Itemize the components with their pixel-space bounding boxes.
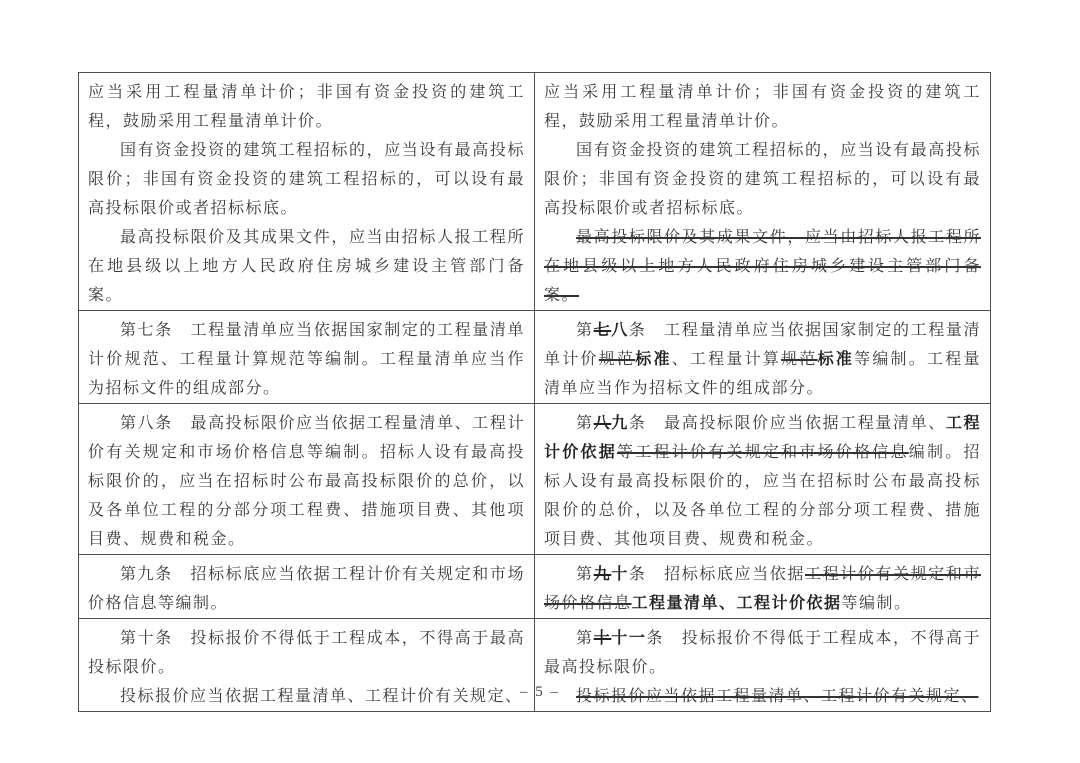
- text-segment-ins: 标准: [635, 351, 671, 368]
- table-row: 应当采用工程量清单计价；非国有资金投资的建筑工程，鼓励采用工程量清单计价。国有资…: [79, 73, 991, 311]
- table-row: 第八条 最高投标限价应当依据工程量清单、工程计价有关规定和市场价格信息等编制。招…: [79, 404, 991, 555]
- text-segment-ins: 九: [611, 415, 629, 432]
- table-cell-right: 第八九条 最高投标限价应当依据工程量清单、工程计价依据等工程计价有关规定和市场价…: [535, 404, 991, 555]
- text-segment-del: 最高投标限价及其成果文件，应当由招标人报工程所在地县级以上地方人民政府住房城乡建…: [544, 229, 981, 304]
- text-segment-normal: 第: [576, 415, 594, 432]
- table-cell-right: 第七八条 工程量清单应当依据国家制定的工程量清单计价规范标准、工程量计算规范标准…: [535, 311, 991, 404]
- text-segment-del-bold: 九: [594, 566, 612, 583]
- text-segment-normal: 等编制。: [842, 595, 912, 612]
- document-page: 应当采用工程量清单计价；非国有资金投资的建筑工程，鼓励采用工程量清单计价。国有资…: [0, 0, 1080, 763]
- paragraph: 第九条 招标标底应当依据工程计价有关规定和市场价格信息等编制。: [88, 560, 525, 618]
- text-segment-normal: 应当采用工程量清单计价；非国有资金投资的建筑工程，鼓励采用工程量清单计价。: [544, 84, 981, 130]
- text-segment-del: 规范: [599, 351, 635, 368]
- text-segment-del: 等工程计价有关规定和市场价格信息: [617, 444, 909, 461]
- text-segment-normal: 条 最高投标限价应当依据工程量清单、: [629, 415, 946, 432]
- paragraph: 第八九条 最高投标限价应当依据工程量清单、工程计价依据等工程计价有关规定和市场价…: [544, 409, 981, 554]
- text-segment-normal: 第: [576, 322, 594, 339]
- table-row: 第九条 招标标底应当依据工程计价有关规定和市场价格信息等编制。第九十条 招标标底…: [79, 555, 991, 619]
- text-segment-ins: 工程量清单、工程计价依据: [632, 595, 842, 612]
- paragraph: 第八条 最高投标限价应当依据工程量清单、工程计价有关规定和市场价格信息等编制。招…: [88, 409, 525, 554]
- text-segment-normal: 应当采用工程量清单计价；非国有资金投资的建筑工程，鼓励采用工程量清单计价。: [88, 84, 525, 130]
- text-segment-ins: 十: [611, 566, 629, 583]
- paragraph: 第十条 投标报价不得低于工程成本，不得高于最高投标限价。: [88, 624, 525, 682]
- text-segment-normal: 第: [576, 566, 594, 583]
- text-segment-normal: 国有资金投资的建筑工程招标的，应当设有最高投标限价；非国有资金投资的建筑工程招标…: [88, 142, 525, 217]
- text-segment-normal: 第九条 招标标底应当依据工程计价有关规定和市场价格信息等编制。: [88, 566, 525, 612]
- paragraph: 第七八条 工程量清单应当依据国家制定的工程量清单计价规范标准、工程量计算规范标准…: [544, 316, 981, 403]
- table-cell-left: 第七条 工程量清单应当依据国家制定的工程量清单计价规范、工程量计算规范等编制。工…: [79, 311, 535, 404]
- page-number: – 5 –: [0, 684, 1080, 701]
- text-segment-del: 规范: [781, 351, 817, 368]
- paragraph: 应当采用工程量清单计价；非国有资金投资的建筑工程，鼓励采用工程量清单计价。: [88, 78, 525, 136]
- paragraph: 国有资金投资的建筑工程招标的，应当设有最高投标限价；非国有资金投资的建筑工程招标…: [88, 136, 525, 223]
- table-cell-left: 第九条 招标标底应当依据工程计价有关规定和市场价格信息等编制。: [79, 555, 535, 619]
- paragraph: 第七条 工程量清单应当依据国家制定的工程量清单计价规范、工程量计算规范等编制。工…: [88, 316, 525, 403]
- paragraph: 最高投标限价及其成果文件，应当由招标人报工程所在地县级以上地方人民政府住房城乡建…: [544, 223, 981, 310]
- text-segment-del-bold: 八: [594, 415, 612, 432]
- text-segment-normal: 条 招标标底应当依据: [629, 566, 805, 583]
- paragraph: 最高投标限价及其成果文件，应当由招标人报工程所在地县级以上地方人民政府住房城乡建…: [88, 223, 525, 310]
- table-cell-left: 应当采用工程量清单计价；非国有资金投资的建筑工程，鼓励采用工程量清单计价。国有资…: [79, 73, 535, 311]
- table-cell-left: 第八条 最高投标限价应当依据工程量清单、工程计价有关规定和市场价格信息等编制。招…: [79, 404, 535, 555]
- text-segment-normal: 第: [576, 630, 594, 647]
- paragraph: 国有资金投资的建筑工程招标的，应当设有最高投标限价；非国有资金投资的建筑工程招标…: [544, 136, 981, 223]
- table-cell-right: 第九十条 招标标底应当依据工程计价有关规定和市场价格信息工程量清单、工程计价依据…: [535, 555, 991, 619]
- paragraph: 第九十条 招标标底应当依据工程计价有关规定和市场价格信息工程量清单、工程计价依据…: [544, 560, 981, 618]
- table-row: 第七条 工程量清单应当依据国家制定的工程量清单计价规范、工程量计算规范等编制。工…: [79, 311, 991, 404]
- text-segment-normal: 第八条 最高投标限价应当依据工程量清单、工程计价有关规定和市场价格信息等编制。招…: [88, 415, 525, 548]
- text-segment-del-bold: 七: [594, 322, 612, 339]
- text-segment-ins: 十一: [611, 630, 646, 647]
- text-segment-normal: 最高投标限价及其成果文件，应当由招标人报工程所在地县级以上地方人民政府住房城乡建…: [88, 229, 525, 304]
- paragraph: 第十十一条 投标报价不得低于工程成本，不得高于最高投标限价。: [544, 624, 981, 682]
- table-cell-right: 应当采用工程量清单计价；非国有资金投资的建筑工程，鼓励采用工程量清单计价。国有资…: [535, 73, 991, 311]
- text-segment-ins: 标准: [818, 351, 854, 368]
- paragraph: 应当采用工程量清单计价；非国有资金投资的建筑工程，鼓励采用工程量清单计价。: [544, 78, 981, 136]
- comparison-table: 应当采用工程量清单计价；非国有资金投资的建筑工程，鼓励采用工程量清单计价。国有资…: [78, 72, 991, 712]
- text-segment-normal: 第十条 投标报价不得低于工程成本，不得高于最高投标限价。: [88, 630, 525, 676]
- text-segment-del-bold: 十: [594, 630, 612, 647]
- text-segment-normal: 第七条 工程量清单应当依据国家制定的工程量清单计价规范、工程量计算规范等编制。工…: [88, 322, 525, 397]
- text-segment-normal: 、工程量计算: [672, 351, 781, 368]
- text-segment-normal: 国有资金投资的建筑工程招标的，应当设有最高投标限价；非国有资金投资的建筑工程招标…: [544, 142, 981, 217]
- text-segment-ins: 八: [611, 322, 629, 339]
